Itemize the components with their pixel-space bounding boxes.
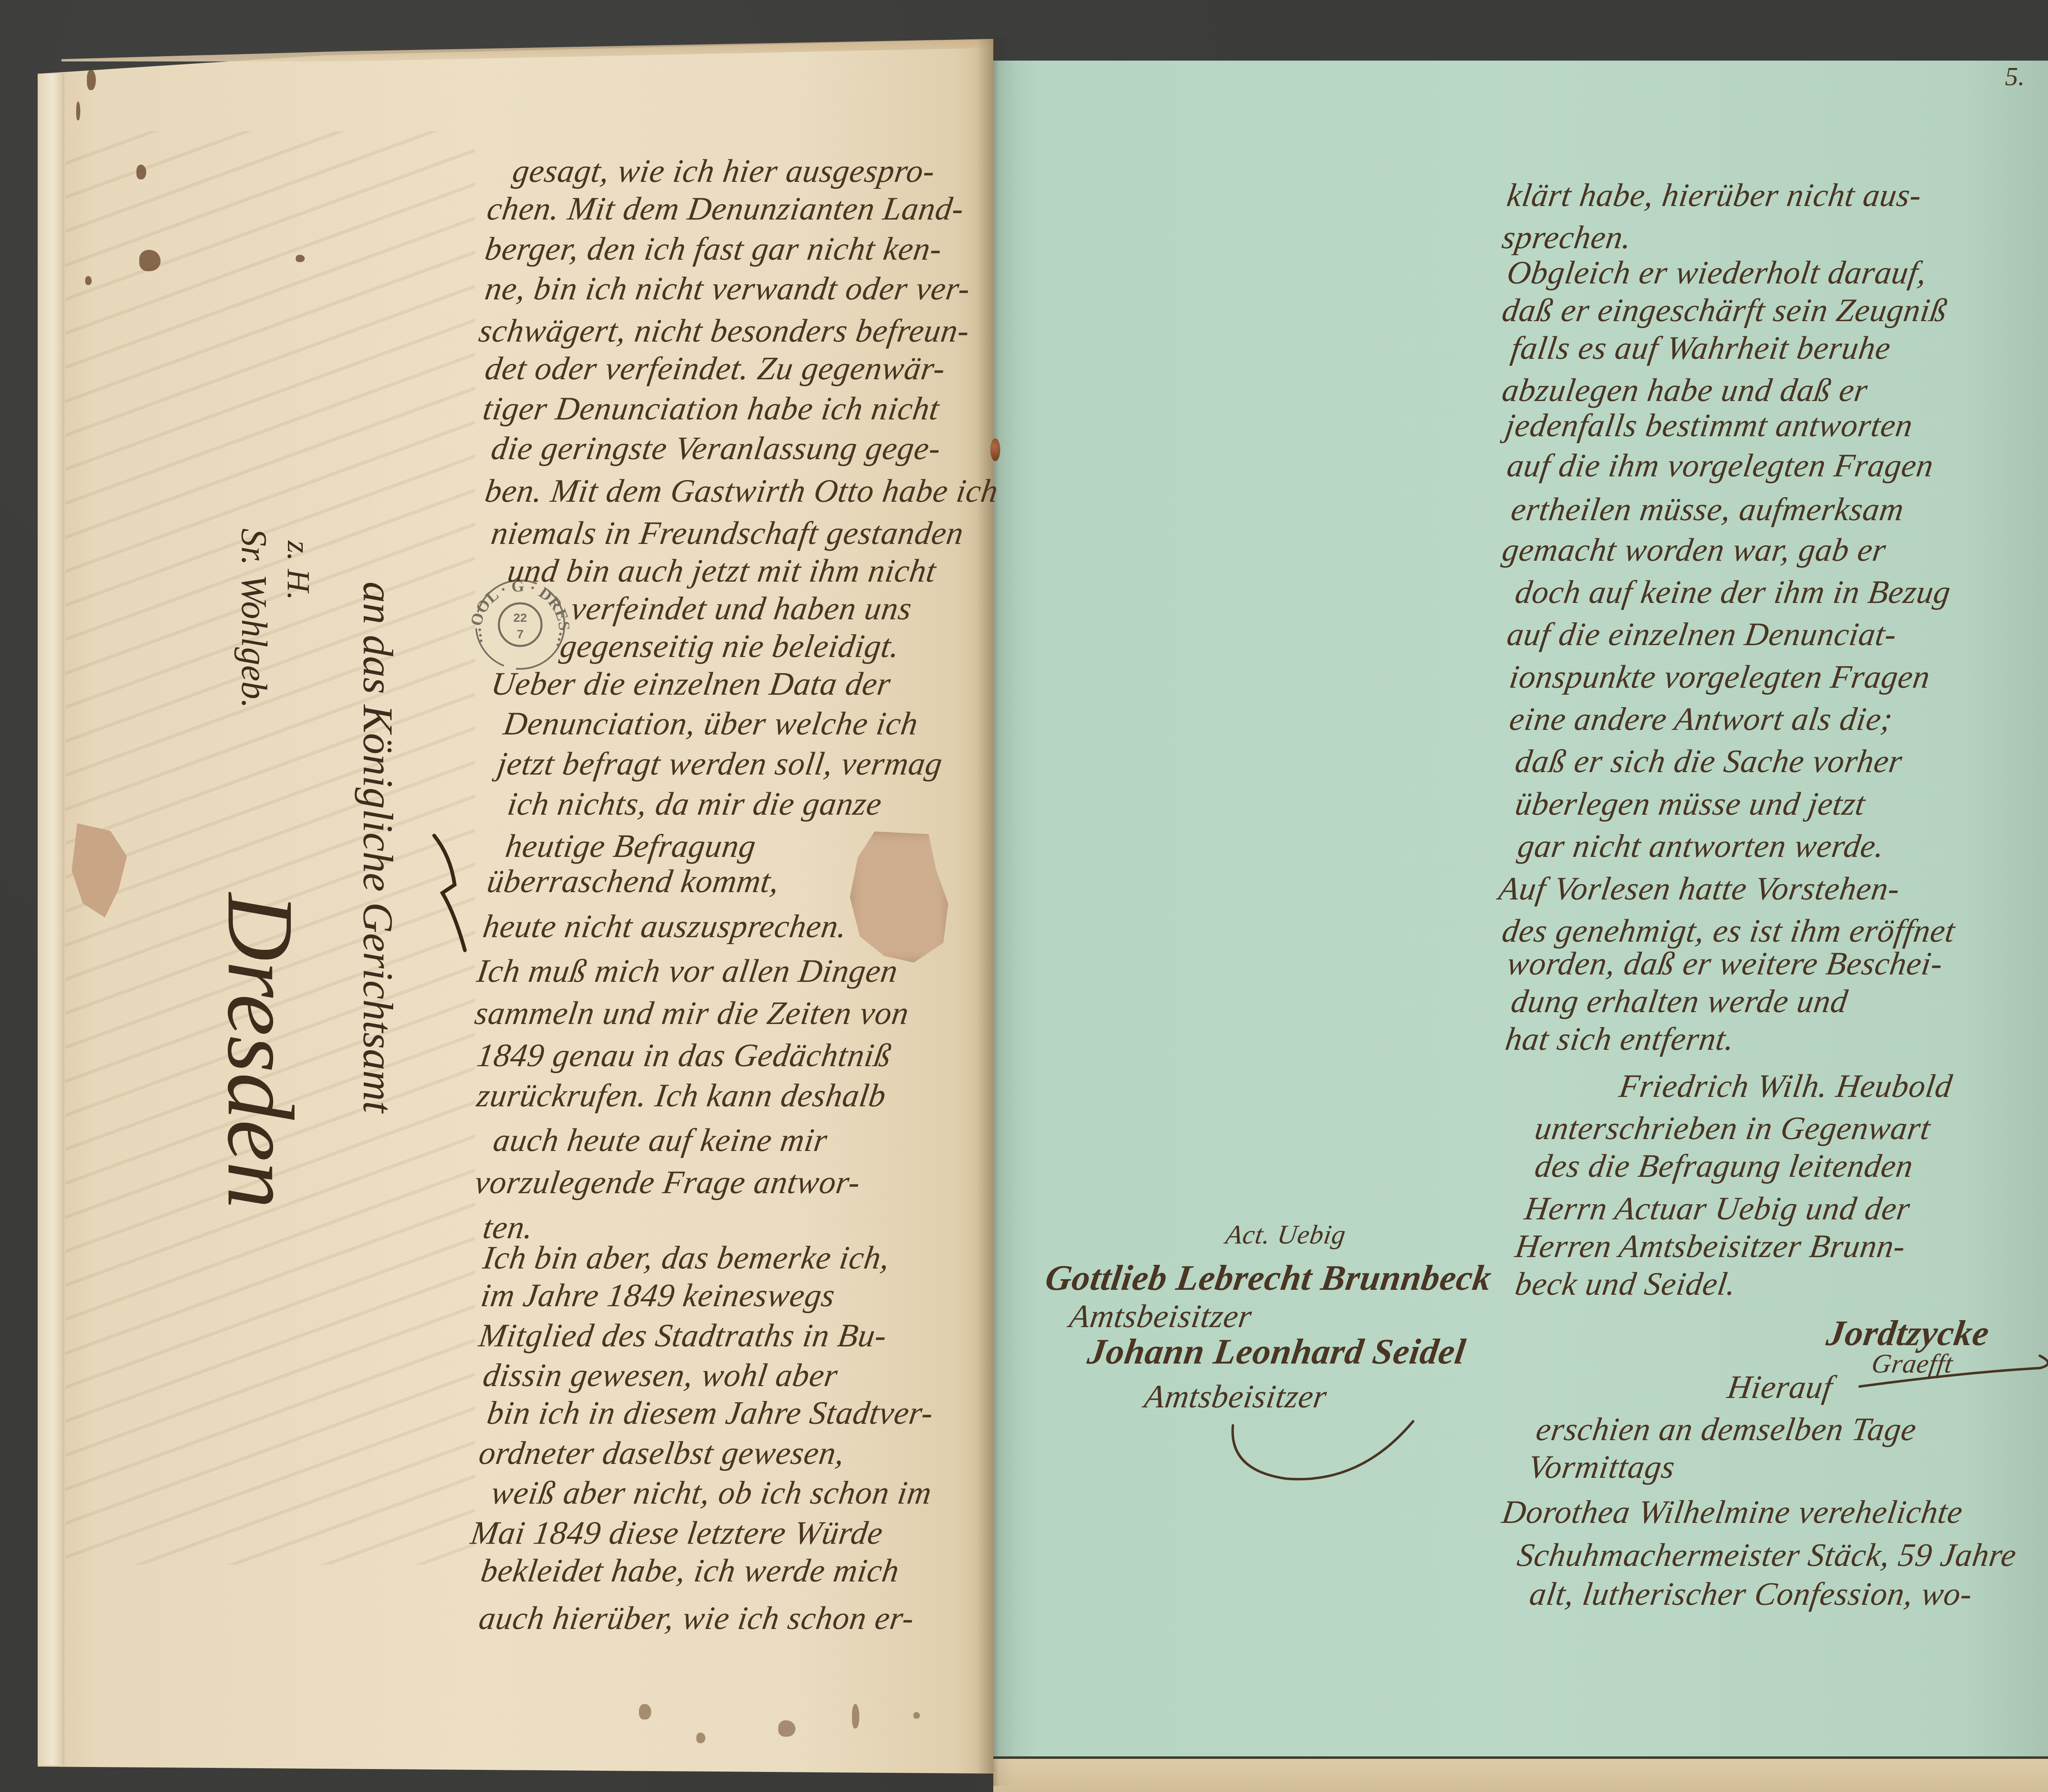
manuscript-line: gemacht worden war, gab er	[1500, 534, 1888, 566]
manuscript-line: Obgleich er wiederholt darauf,	[1505, 256, 1929, 289]
address-line: Sr. Wohlgeb.	[236, 528, 272, 708]
manuscript-line: auf die einzelnen Denunciat-	[1505, 618, 1898, 651]
manuscript-line: ben. Mit dem Gastwirth Otto habe ich	[483, 475, 1000, 507]
ink-blot	[696, 1733, 705, 1743]
manuscript-line: worden, daß er weitere Beschei-	[1505, 947, 1945, 980]
manuscript-line: überlegen müsse und jetzt	[1513, 788, 1867, 820]
manuscript-line: Ich muß mich vor allen Dingen	[475, 955, 900, 988]
manuscript-line: ne, bin ich nicht verwandt oder ver-	[483, 272, 972, 305]
address-line: z. H.	[283, 541, 315, 600]
manuscript-line: gar nicht antworten werde.	[1516, 830, 1886, 863]
closing-signature: Jordtzycke	[1824, 1316, 1991, 1352]
manuscript-line: ten.	[481, 1211, 535, 1244]
manuscript-line: det oder verfeindet. Zu gegenwär-	[483, 352, 947, 385]
manuscript-line: beck und Seidel.	[1513, 1268, 1738, 1300]
manuscript-line: klärt habe, hierüber nicht aus-	[1505, 179, 1923, 212]
manuscript-line: niemals in Freundschaft gestanden	[489, 517, 965, 550]
manuscript-line: dung erhalten werde und	[1509, 985, 1850, 1018]
manuscript-line: sammeln und mir die Zeiten von	[473, 997, 911, 1030]
ink-blot	[76, 102, 80, 120]
manuscript-line: berger, den ich fast gar nicht ken-	[483, 233, 944, 265]
manuscript-line: chen. Mit dem Denunzianten Land-	[485, 193, 966, 225]
manuscript-line: tiger Denunciation habe ich nicht	[481, 392, 941, 425]
ink-blot	[778, 1720, 795, 1737]
manuscript-line: heutige Befragung	[503, 830, 758, 863]
manuscript-line: auch heute auf keine mir	[491, 1124, 829, 1157]
manuscript-line: ich nichts, da mir die ganze	[505, 788, 884, 820]
witness-signature: Johann Leonhard Seidel	[1085, 1334, 1468, 1370]
ink-blot	[136, 165, 146, 179]
manuscript-line: jedenfalls bestimmt antworten	[1503, 409, 1915, 442]
manuscript-line: des die Befragung leitenden	[1533, 1150, 1915, 1183]
manuscript-line: daß er sich die Sache vorher	[1513, 745, 1904, 778]
witness-flourish-icon	[1221, 1409, 1434, 1487]
manuscript-line: dissin gewesen, wohl aber	[481, 1359, 840, 1392]
manuscript-line: heute nicht auszusprechen.	[481, 910, 849, 943]
manuscript-line: Mitglied des Stadtraths in Bu-	[477, 1319, 889, 1352]
manuscript-line: eine andere Antwort als die;	[1507, 703, 1895, 736]
manuscript-line: sprechen.	[1500, 221, 1633, 254]
left-page-fold-edge	[38, 74, 64, 1765]
signature-flourish-icon	[1794, 1348, 2048, 1393]
page-number: 5.	[2005, 61, 2025, 92]
manuscript-line: jetzt befragt werden soll, vermag	[495, 748, 945, 780]
manuscript-line: im Jahre 1849 keineswegs	[479, 1279, 837, 1312]
manuscript-line: Vormittags	[1526, 1451, 1677, 1484]
manuscript-line: hat sich entfernt.	[1503, 1023, 1736, 1056]
ink-blot	[852, 1704, 859, 1729]
manuscript-line: 1849 genau in das Gedächtniß	[475, 1039, 893, 1072]
manuscript-line: ionspunkte vorgelegten Fragen	[1507, 661, 1932, 693]
witness-title: Amtsbeisitzer	[1067, 1300, 1254, 1333]
ink-blot	[85, 276, 92, 285]
address-line: an das Königliche Gerichtsamt	[356, 582, 399, 1113]
witness-signature: Gottlieb Lebrecht Brunnbeck	[1043, 1260, 1494, 1296]
manuscript-line: Mai 1849 diese letztere Würde	[469, 1517, 885, 1550]
lower-page-edge	[993, 1756, 2048, 1792]
postmark-day: 22	[513, 611, 527, 625]
manuscript-line: zurückrufen. Ich kann deshalb	[475, 1079, 888, 1112]
ink-offset-marks	[66, 131, 475, 1565]
margin-mark-icon	[426, 831, 475, 954]
manuscript-line: Herren Amtsbeisitzer Brunn-	[1513, 1230, 1908, 1263]
manuscript-line: Dorothea Wilhelmine verehelichte	[1500, 1496, 1965, 1529]
manuscript-line: bekleidet habe, ich werde mich	[479, 1554, 901, 1587]
manuscript-line: weiß aber nicht, ob ich schon im	[489, 1477, 933, 1509]
manuscript-line: alt, lutherischer Confession, wo-	[1527, 1578, 1974, 1611]
manuscript-line: Ich bin aber, das bemerke ich,	[481, 1241, 892, 1274]
manuscript-line: auch hierüber, wie ich schon er-	[477, 1602, 916, 1635]
manuscript-line: des genehmigt, es ist ihm eröffnet	[1500, 915, 1957, 947]
manuscript-line: überraschend kommt,	[485, 865, 781, 898]
ink-blot	[639, 1704, 651, 1720]
binding-pin	[990, 438, 1000, 461]
manuscript-line: auf die ihm vorgelegten Fragen	[1505, 449, 1935, 482]
ink-blot	[139, 250, 161, 271]
manuscript-line: doch auf keine der ihm in Bezug	[1513, 576, 1953, 609]
manuscript-line: daß er eingeschärft sein Zeugniß	[1500, 294, 1949, 327]
manuscript-line: verfeindet und haben uns	[569, 592, 914, 625]
manuscript-line: Denunciation, über welche ich	[501, 707, 920, 740]
manuscript-line: bin ich in diesem Jahre Stadtver-	[485, 1397, 935, 1430]
ink-blot	[296, 255, 305, 262]
witness-signature: Act. Uebig	[1224, 1221, 1348, 1248]
address-destination: Dresden	[213, 893, 307, 1209]
ink-blot	[913, 1712, 920, 1719]
deponent-signature: Friedrich Wilh. Heubold	[1617, 1070, 1954, 1103]
manuscript-line: gegenseitig nie beleidigt.	[558, 630, 902, 663]
manuscript-line: abzulegen habe und daß er	[1500, 374, 1870, 407]
manuscript-line: Ueber die einzelnen Data der	[489, 668, 893, 700]
book-gutter-shadow	[977, 37, 1014, 1786]
postmark-month: 7	[517, 628, 524, 641]
manuscript-line: falls es auf Wahrheit beruhe	[1509, 332, 1893, 365]
manuscript-line: unterschrieben in Gegenwart	[1533, 1112, 1932, 1145]
manuscript-line: erschien an demselben Tage	[1534, 1413, 1919, 1446]
manuscript-line: schwägert, nicht besonders befreun-	[477, 315, 972, 347]
manuscript-line: und bin auch jetzt mit ihm nicht	[505, 555, 938, 587]
manuscript-line: ordneter daselbst gewesen,	[477, 1437, 847, 1470]
witness-title: Amtsbeisitzer	[1142, 1380, 1329, 1413]
manuscript-line: Schuhmachermeister Stäck, 59 Jahre	[1515, 1539, 2019, 1572]
ink-blot	[87, 70, 96, 90]
manuscript-line: Auf Vorlesen hatte Vorstehen-	[1497, 872, 1902, 905]
manuscript-line: Herrn Actuar Uebig und der	[1522, 1192, 1912, 1225]
manuscript-line: die geringste Veranlassung gege-	[489, 432, 943, 465]
manuscript-line: vorzulegende Frage antwor-	[473, 1166, 862, 1199]
manuscript-line: gesagt, wie ich hier ausgespro-	[510, 155, 937, 188]
manuscript-line: ertheilen müsse, aufmerksam	[1509, 493, 1906, 526]
